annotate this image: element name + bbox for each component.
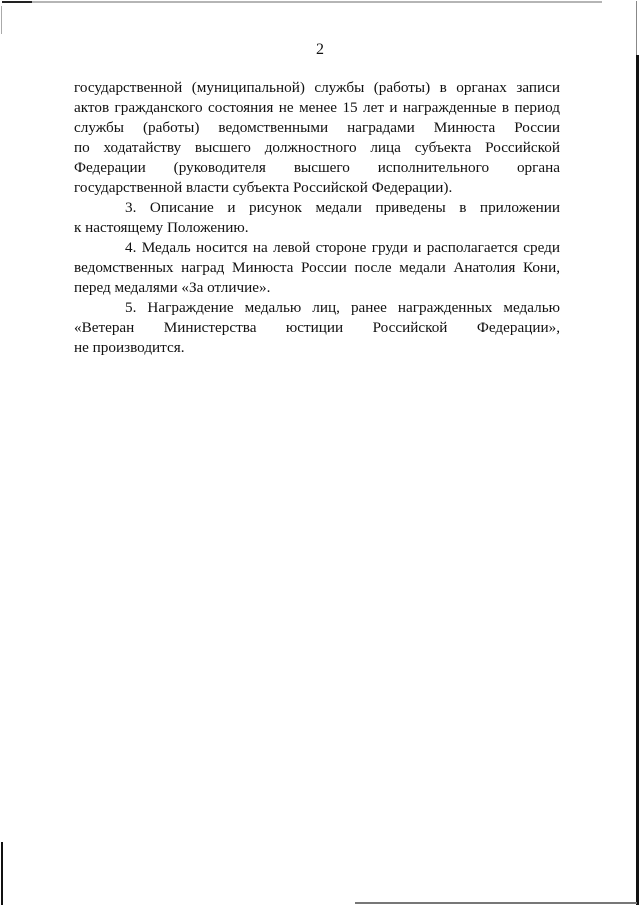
text-line: к настоящему Положению. xyxy=(74,218,560,238)
text-line: службы (работы) ведомственными наградами… xyxy=(74,118,560,138)
scan-border-left xyxy=(1,842,3,905)
scan-border-bottom xyxy=(355,902,637,904)
text-line: актов гражданского состояния не менее 15… xyxy=(74,98,560,118)
paragraph-item-3: 3. Описание и рисунок медали приведены в… xyxy=(74,198,560,238)
text-line: Федерации (руководителя высшего исполнит… xyxy=(74,158,560,178)
scan-border-right xyxy=(636,55,639,905)
text-line: по ходатайству высшего должностного лица… xyxy=(74,138,560,158)
scan-border-top-mark xyxy=(2,1,32,3)
text-line: государственной власти субъекта Российск… xyxy=(74,178,560,198)
scan-border-top xyxy=(2,1,602,3)
paragraph-continuation: государственной (муниципальной) службы (… xyxy=(74,78,560,198)
text-line: перед медалями «За отличие». xyxy=(74,278,560,298)
paragraph-item-5: 5. Награждение медалью лиц, ранее награж… xyxy=(74,298,560,358)
document-body: государственной (муниципальной) службы (… xyxy=(74,78,560,358)
text-line: 3. Описание и рисунок медали приведены в… xyxy=(74,198,560,218)
text-line: 4. Медаль носится на левой стороне груди… xyxy=(74,238,560,258)
paragraph-item-4: 4. Медаль носится на левой стороне груди… xyxy=(74,238,560,298)
text-line: ведомственных наград Минюста России посл… xyxy=(74,258,560,278)
text-line: государственной (муниципальной) службы (… xyxy=(74,78,560,98)
scan-border-left-ticks xyxy=(1,6,2,34)
text-line: 5. Награждение медалью лиц, ранее награж… xyxy=(74,298,560,318)
page-number: 2 xyxy=(0,40,640,60)
text-line: не производится. xyxy=(74,338,560,358)
text-line: «Ветеран Министерства юстиции Российской… xyxy=(74,318,560,338)
